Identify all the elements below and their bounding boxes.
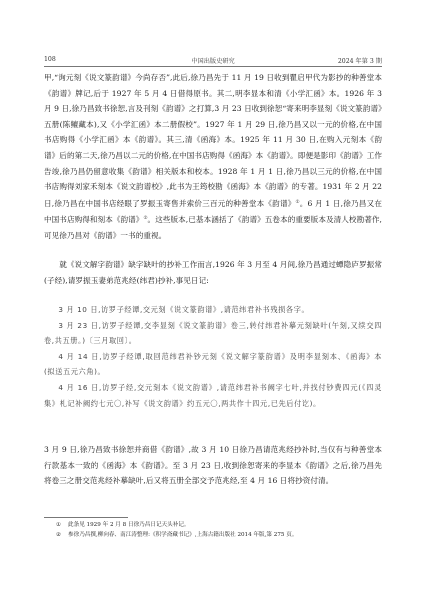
conclusion-paragraph: 3 月 9 日,徐乃昌致书徐恕并商借《韵谱》,故 3 月 10 日徐乃昌请范兆经… [44, 442, 382, 489]
footnote-mark: ② [56, 530, 68, 540]
footnote-1: ①此条见 1929 年 2 月 8 日徐乃昌日记天头补记。 [56, 520, 376, 530]
header-rule [44, 66, 382, 67]
diary-entry: 4 月 16 日,访罗子经,交元刻本《说文韵谱》,请范纬君补书阙字七叶,并找付钞… [44, 380, 382, 411]
diary-entry: 4 月 14 日,访罗子经谭,取回范纬君补钞元刻《说文解字篆韵谱》及明李显刻本、… [44, 349, 382, 380]
conclusion-text: 3 月 9 日,徐乃昌致书徐恕并商借《韵谱》,故 3 月 10 日徐乃昌请范兆经… [44, 442, 382, 489]
intro-text: 就《说文解字韵谱》缺字缺叶的抄补工作而言,1926 年 3 月至 4 月间,徐乃… [44, 257, 382, 288]
diary-entry: 3 月 23 日,访罗子经谭,交李显刻《说文篆韵谱》卷三,转付纬君补摹元刻缺叶(… [44, 318, 382, 349]
footnote-text: 此条见 1929 年 2 月 8 日徐乃昌日记天头补记。 [68, 522, 190, 528]
footnote-mark: ① [56, 520, 68, 530]
main-paragraph: 甲,“询元刻《说文篆韵谱》今尚存否”,此后,徐乃昌先于 11 月 19 日收到瞿… [44, 70, 382, 244]
main-text-part1: 甲,“询元刻《说文篆韵谱》今尚存否”,此后,徐乃昌先于 11 月 19 日收到瞿… [44, 73, 382, 208]
diary-entry: 3 月 10 日,访罗子经谭,交元刻《说文篆韵谱》,请范纬君补书残损各字。 [44, 302, 382, 318]
journal-title: 中国出版史研究 [44, 56, 382, 65]
issue-label: 2024 年第 3 期 [338, 56, 382, 65]
running-header: 108 中国出版史研究 2024 年第 3 期 [44, 56, 382, 66]
intro-paragraph: 就《说文解字韵谱》缺字缺叶的抄补工作而言,1926 年 3 月至 4 月间,徐乃… [44, 257, 382, 288]
footnote-text: 参徐乃昌撰,柳向春、南江涛整理:《积学斋藏书记》,上海古籍出版社 2014 年版… [68, 532, 297, 538]
footnotes: ①此条见 1929 年 2 月 8 日徐乃昌日记天头补记。 ②参徐乃昌撰,柳向春… [56, 520, 376, 540]
footnote-rule [44, 517, 128, 518]
diary-quote-block: 3 月 10 日,访罗子经谭,交元刻《说文篆韵谱》,请范纬君补书残损各字。 3 … [44, 302, 382, 411]
footnote-2: ②参徐乃昌撰,柳向春、南江涛整理:《积学斋藏书记》,上海古籍出版社 2014 年… [56, 530, 376, 540]
